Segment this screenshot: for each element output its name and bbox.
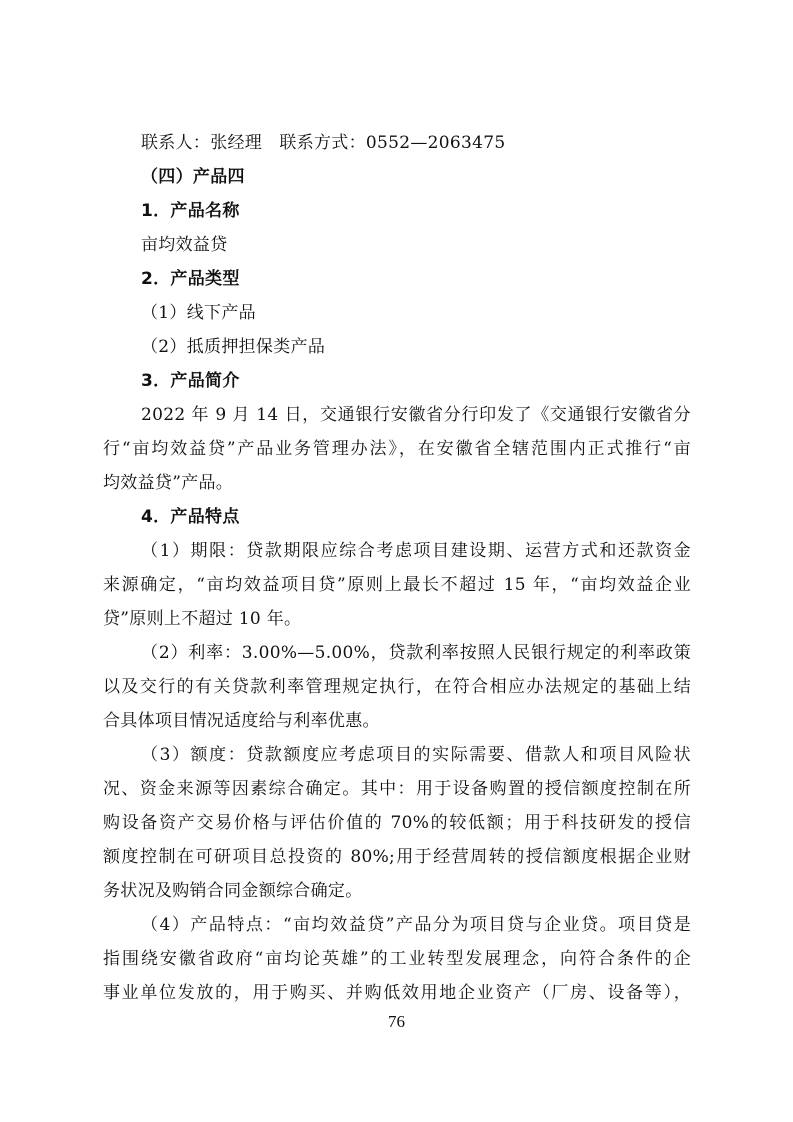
heading-product-type: 2．产品类型	[103, 262, 691, 296]
intro-line: 行“亩均效益贷”产品业务管理办法》，在安徽省全辖范围内正式推行“亩	[103, 432, 691, 466]
contact-line: 联系人：张经理 联系方式：0552—2063475	[103, 126, 691, 160]
feature-amount-line: 购设备资产交易价格与评估价值的 70%的较低额；用于科技研发的授信	[103, 806, 691, 840]
feature-characteristics-line: 指围绕安徽省政府“亩均论英雄”的工业转型发展理念，向符合条件的企	[103, 942, 691, 976]
heading-product-features: 4．产品特点	[103, 500, 691, 534]
heading-product-intro: 3．产品简介	[103, 364, 691, 398]
feature-characteristics-line: （4）产品特点：“亩均效益贷”产品分为项目贷与企业贷。项目贷是	[103, 908, 691, 942]
intro-line: 均效益贷”产品。	[103, 466, 691, 500]
feature-rate-line: （2）利率：3.00%—5.00%，贷款利率按照人民银行规定的利率政策	[103, 636, 691, 670]
product-type-item: （1）线下产品	[103, 296, 691, 330]
feature-term-line: 来源确定，“亩均效益项目贷”原则上最长不超过 15 年，“亩均效益企业	[103, 568, 691, 602]
heading-product-name: 1．产品名称	[103, 194, 691, 228]
document-page: 联系人：张经理 联系方式：0552—2063475 （四）产品四 1．产品名称 …	[103, 126, 691, 1010]
feature-amount-line: 况、资金来源等因素综合确定。其中：用于设备购置的授信额度控制在所	[103, 772, 691, 806]
page-number: 76	[0, 1012, 793, 1032]
feature-term-line: 贷”原则上不超过 10 年。	[103, 602, 691, 636]
product-name-value: 亩均效益贷	[103, 228, 691, 262]
feature-amount-line: 务状况及购销合同金额综合确定。	[103, 874, 691, 908]
feature-rate-line: 以及交行的有关贷款利率管理规定执行，在符合相应办法规定的基础上结	[103, 670, 691, 704]
product-type-item: （2）抵质押担保类产品	[103, 330, 691, 364]
feature-amount-line: （3）额度：贷款额度应考虑项目的实际需要、借款人和项目风险状	[103, 738, 691, 772]
feature-amount-line: 额度控制在可研项目总投资的 80%;用于经营周转的授信额度根据企业财	[103, 840, 691, 874]
section-title: （四）产品四	[103, 160, 691, 194]
intro-line: 2022 年 9 月 14 日，交通银行安徽省分行印发了《交通银行安徽省分	[103, 398, 691, 432]
feature-term-line: （1）期限：贷款期限应综合考虑项目建设期、运营方式和还款资金	[103, 534, 691, 568]
feature-characteristics-line: 事业单位发放的，用于购买、并购低效用地企业资产（厂房、设备等），	[103, 976, 691, 1010]
feature-rate-line: 合具体项目情况适度给与利率优惠。	[103, 704, 691, 738]
